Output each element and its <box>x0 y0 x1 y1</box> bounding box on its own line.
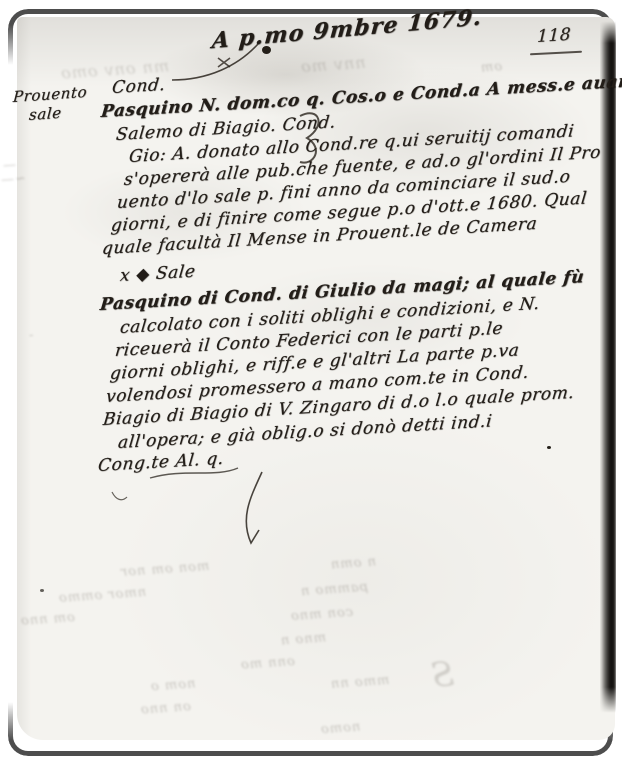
descender-flourish <box>246 472 262 543</box>
bleedthrough-line: nnv mo <box>299 53 366 77</box>
heading-date: A p.mo 9mbre 1679. <box>211 6 483 52</box>
folio-number: 118 <box>537 27 572 46</box>
ink-layer: A p.mo 9mbre 1679. 118 Prouento sale Con… <box>0 0 622 760</box>
margin-note-line2: sale <box>28 106 62 123</box>
bleedthrough-line: S <box>429 654 456 696</box>
bleedthrough-line: om <box>480 59 503 76</box>
bleedthrough-line: pammo n <box>300 580 369 600</box>
ink-speck <box>40 589 44 592</box>
margin-note-line1: Prouento <box>12 85 87 105</box>
scanned-document: A p.mo 9mbre 1679. 118 Prouento sale Con… <box>0 0 622 760</box>
bleedthrough-line: nmor ommo <box>58 585 147 606</box>
bleedthrough-line: con mno <box>290 605 354 624</box>
ink-speck <box>547 446 551 449</box>
bleedthrough-line: on nno <box>140 699 192 718</box>
bleedthrough-line: - <box>27 328 33 343</box>
bleedthrough-line: ~— <box>0 171 26 188</box>
handwritten-line: Cong.te Al. q. <box>97 451 224 475</box>
folio-number-underline <box>530 51 582 56</box>
bleedthrough-line: nom o <box>150 676 196 694</box>
handwritten-line: x ◆ Sale <box>119 264 196 285</box>
heading-cross-mark <box>218 58 230 67</box>
handwritten-line: Pasquino N. dom.co q. Cos.o e Cond.a A m… <box>100 72 622 121</box>
ink-blot <box>262 46 271 54</box>
bleedthrough-line: mmo nn <box>330 673 390 692</box>
small-flourish <box>112 492 127 500</box>
bleedthrough-line: nomo <box>320 720 361 738</box>
bleedthrough-line: onn mo <box>240 654 296 673</box>
bleedthrough-line: n omn <box>330 554 377 572</box>
bleedthrough-line: mon om nor <box>120 559 210 580</box>
bleedthrough-line: om nno <box>20 610 76 629</box>
handwritten-line: Cond. <box>111 77 166 97</box>
bleedthrough-line: mno n <box>280 630 327 648</box>
